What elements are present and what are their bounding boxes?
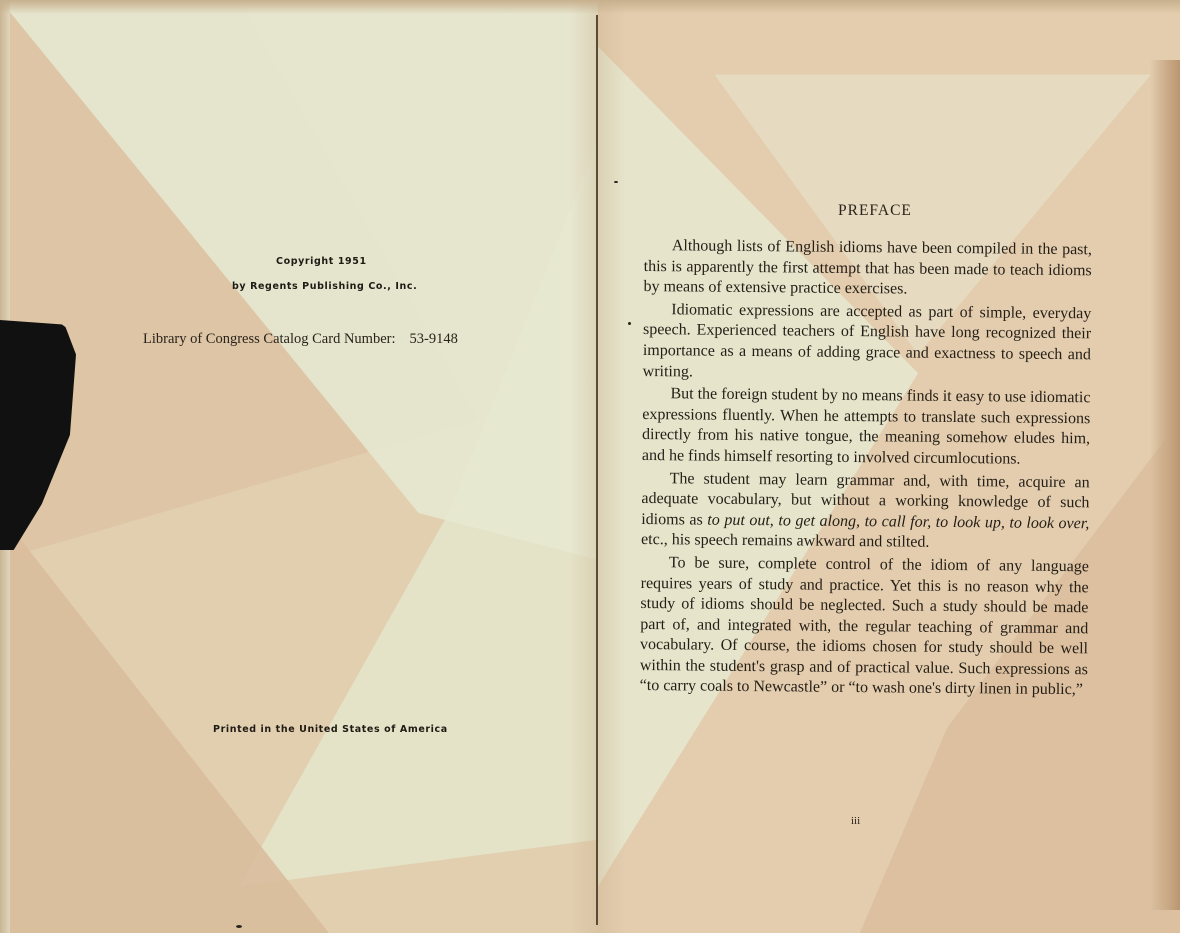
lccn-label: Library of Congress Catalog Card Number: [143, 331, 395, 347]
printed-line: Printed in the United States of America [213, 724, 448, 735]
book-spread: Copyright 1951 by Regents Publishing Co.… [0, 0, 1180, 933]
paragraph: Idiomatic expressions are accepted as pa… [643, 300, 1092, 387]
paragraph: But the foreign student by no means find… [642, 384, 1091, 471]
publisher-line: by Regents Publishing Co., Inc. [232, 281, 417, 292]
preface-body: Although lists of English idioms have be… [640, 236, 1092, 703]
gutter-line [596, 15, 598, 505]
preface-title: PREFACE [838, 202, 912, 220]
page-number: iii [851, 815, 860, 827]
ink-speck [236, 925, 242, 928]
ink-speck [614, 181, 618, 183]
top-edge [0, 0, 1180, 14]
gutter-line [596, 505, 598, 925]
gutter-shadow [570, 0, 626, 933]
ink-speck [628, 322, 631, 325]
text-run: etc., his speech remains awkward and sti… [641, 531, 930, 551]
lccn-line: Library of Congress Catalog Card Number:… [143, 331, 458, 348]
italic-idioms: to put out, to get along, to call for, t… [707, 511, 1089, 532]
paragraph: To be sure, complete control of the idio… [640, 553, 1089, 701]
paragraph: The student may learn grammar and, with … [641, 469, 1090, 556]
page-edge [1150, 60, 1180, 910]
lccn-number: 53-9148 [409, 331, 457, 347]
left-page: Copyright 1951 by Regents Publishing Co.… [0, 0, 598, 933]
copyright-line: Copyright 1951 [276, 256, 367, 267]
paragraph: Although lists of English idioms have be… [643, 236, 1092, 302]
